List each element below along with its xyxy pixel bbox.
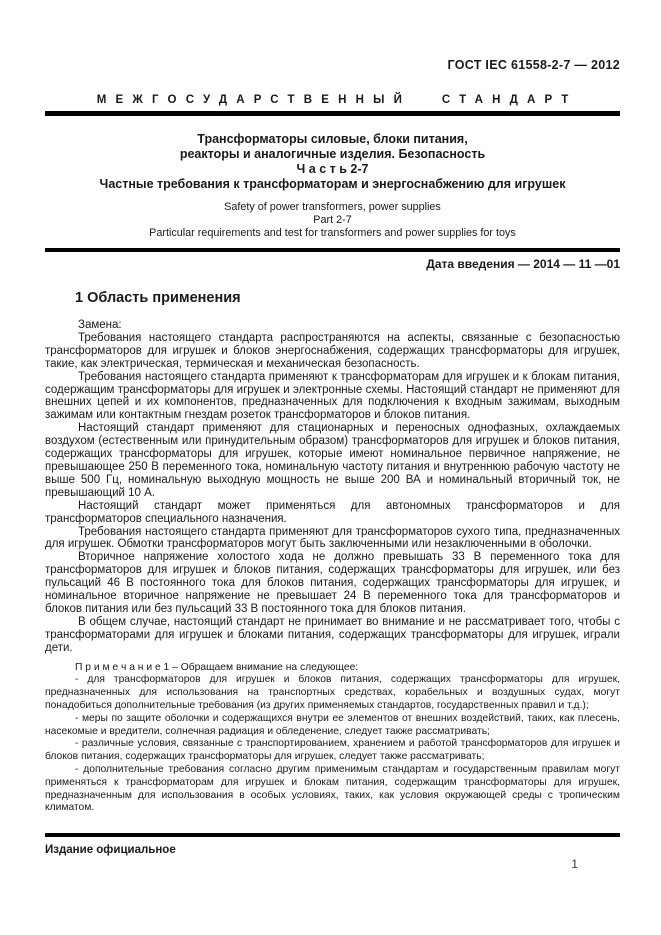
paragraph: Настоящий стандарт применяют для стацион…	[45, 422, 620, 499]
title-en-line3: Particular requirements and test for tra…	[45, 227, 620, 240]
paragraph: В общем случае, настоящий стандарт не пр…	[45, 616, 620, 655]
document-page: ГОСТ IEC 61558-2-7 — 2012 МЕЖГОСУДАРСТВЕ…	[0, 0, 661, 935]
note-item: - различные условия, связанные с транспо…	[45, 738, 620, 764]
effective-date: Дата введения — 2014 — 11 —01	[45, 257, 620, 272]
title-en-line1: Safety of power transformers, power supp…	[45, 201, 620, 214]
note-item: - меры по защите оболочки и содержащихся…	[45, 713, 620, 739]
title-en-block: Safety of power transformers, power supp…	[45, 201, 620, 240]
title-block: Трансформаторы силовые, блоки питания, р…	[45, 132, 620, 192]
section-heading: 1 Область применения	[75, 289, 620, 307]
edition-label: Издание официальное	[45, 843, 620, 857]
doc-code: ГОСТ IEC 61558-2-7 — 2012	[45, 57, 620, 73]
footer-rule	[45, 833, 620, 837]
note-block: П р и м е ч а н и е 1 – Обращаем внимани…	[45, 662, 620, 816]
section-body: Замена: Требования настоящего стандарта …	[45, 319, 620, 655]
date-rule	[45, 248, 620, 252]
standard-kind-label: МЕЖГОСУДАРСТВЕННЫЙ СТАНДАРТ	[45, 94, 620, 107]
paragraph: Требования настоящего стандарта распрост…	[45, 332, 620, 371]
paragraph: Требования настоящего стандарта применяю…	[45, 526, 620, 552]
header-rule	[45, 111, 620, 116]
paragraph-zamena: Замена:	[45, 319, 620, 332]
page-footer: Издание официальное 1	[45, 833, 620, 857]
note-label: П р и м е ч а н и е 1 – Обращаем внимани…	[45, 662, 620, 675]
paragraph: Вторичное напряжение холостого хода не д…	[45, 551, 620, 616]
title-ru-line2: реакторы и аналогичные изделия. Безопасн…	[45, 147, 620, 162]
page-number: 1	[571, 857, 578, 871]
paragraph: Настоящий стандарт может применяться для…	[45, 500, 620, 526]
title-en-line2: Part 2-7	[45, 214, 620, 227]
part-label: Ч а с т ь 2-7	[45, 162, 620, 177]
note-item: - дополнительные требования согласно дру…	[45, 764, 620, 815]
note-item: - для трансформаторов для игрушек и блок…	[45, 674, 620, 712]
paragraph: Требования настоящего стандарта применяю…	[45, 371, 620, 423]
subtitle-ru: Частные требования к трансформаторам и э…	[45, 177, 620, 192]
title-ru-line1: Трансформаторы силовые, блоки питания,	[45, 132, 620, 147]
